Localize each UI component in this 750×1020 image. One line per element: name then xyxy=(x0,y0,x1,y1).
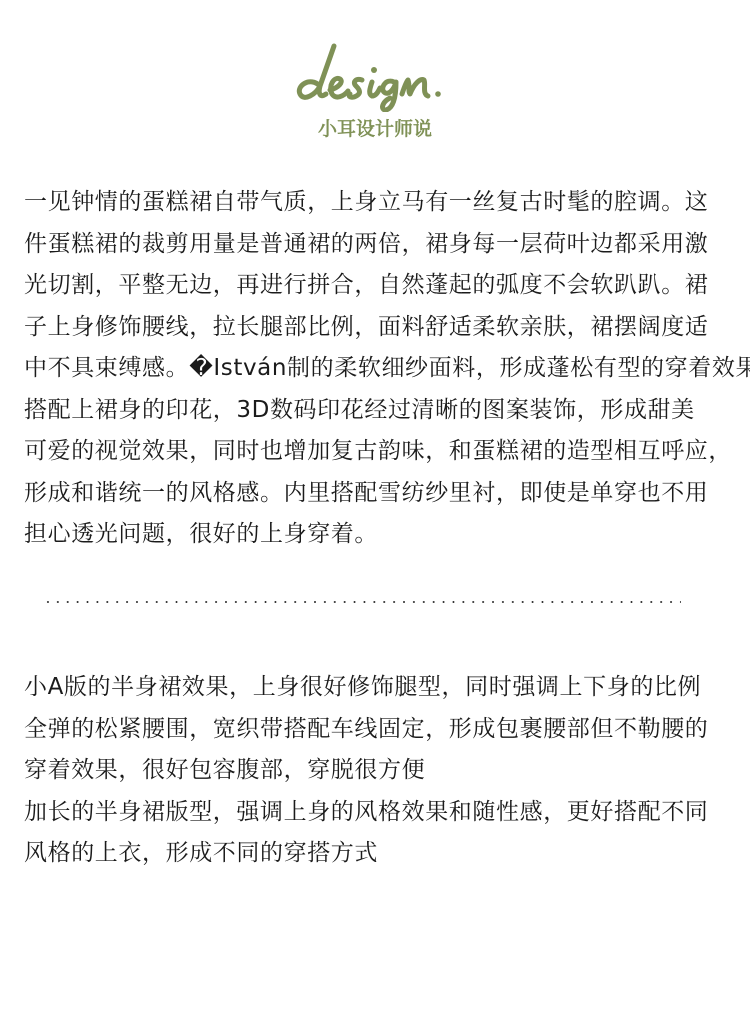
description-line: 件蛋糕裙的裁剪用量是普通裙的两倍，裙身每一层荷叶边都采用激 xyxy=(24,224,730,266)
feature-line: 风格的上衣，形成不同的穿搭方式 xyxy=(24,833,730,875)
designer-logo: 小耳设计师说 xyxy=(0,38,750,141)
description-line: 一见钟情的蛋糕裙自带气质，上身立马有一丝复古时髦的腔调。这 xyxy=(24,182,730,224)
description-line: 可爱的视觉效果，同时也增加复古韵味，和蛋糕裙的造型相互呼应， xyxy=(24,431,730,473)
logo-subtitle: 小耳设计师说 xyxy=(0,114,750,141)
description-line: 担心透光问题，很好的上身穿着。 xyxy=(24,514,730,556)
description-line: 搭配上裙身的印花，3D数码印花经过清晰的图案装饰，形成甜美 xyxy=(24,390,730,432)
description-line: 光切割，平整无边，再进行拼合，自然蓬起的弧度不会软趴趴。裙 xyxy=(24,265,730,307)
feature-line: 穿着效果，很好包容腹部，穿脱很方便 xyxy=(24,750,730,792)
description-line: 形成和谐统一的风格感。内里搭配雪纺纱里衬，即使是单穿也不用 xyxy=(24,473,730,515)
description-line: 中不具束缚感。�István制的柔软细纱面料，形成蓬松有型的穿着效果， xyxy=(24,348,730,390)
description-line: 子上身修饰腰线，拉长腿部比例，面料舒适柔软亲肤，裙摆阔度适 xyxy=(24,307,730,349)
feature-line: 小A版的半身裙效果，上身很好修饰腿型，同时强调上下身的比例 xyxy=(24,667,730,709)
feature-line: 加长的半身裙版型，强调上身的风格效果和随性感，更好搭配不同 xyxy=(24,792,730,834)
product-features: 小A版的半身裙效果，上身很好修饰腿型，同时强调上下身的比例 全弹的松紧腰围，宽织… xyxy=(24,667,730,875)
product-description: 一见钟情的蛋糕裙自带气质，上身立马有一丝复古时髦的腔调。这 件蛋糕裙的裁剪用量是… xyxy=(24,182,730,556)
dotted-divider xyxy=(43,601,681,603)
design-script-logo-icon xyxy=(290,38,460,112)
feature-line: 全弹的松紧腰围，宽织带搭配车线固定，形成包裹腰部但不勒腰的 xyxy=(24,709,730,751)
